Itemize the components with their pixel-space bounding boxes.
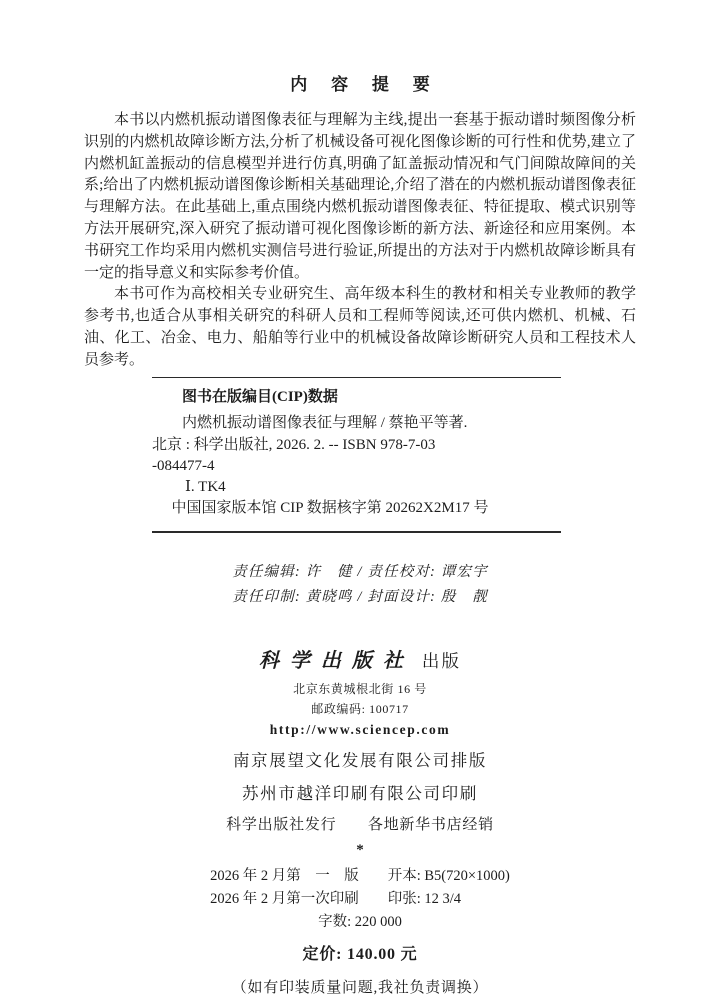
summary-paragraph-1: 本书以内燃机振动谱图像表征与理解为主线,提出一套基于振动谱时频图像分析识别的内燃… bbox=[84, 110, 636, 284]
distribution-line: 科学出版社发行 各地新华书店经销 bbox=[0, 813, 720, 834]
cip-book-title-line: 内燃机振动谱图像表征与理解 / 蔡艳平等著. bbox=[152, 413, 561, 434]
publisher-address: 北京东黄城根北街 16 号 bbox=[0, 680, 720, 697]
science-press-logo: 科学出版社 bbox=[259, 644, 414, 673]
book-copyright-page: 内容提要 本书以内燃机振动谱图像表征与理解为主线,提出一套基于振动谱时频图像分析… bbox=[0, 0, 720, 1000]
summary-paragraph-2: 本书可作为高校相关专业研究生、高年级本科生的教材和相关专业教师的教学参考书,也适… bbox=[84, 284, 636, 371]
edition-info-block: 2026 年 2 月第 一 版 开本: B5(720×1000) 2026 年 … bbox=[210, 865, 510, 910]
asterisk-separator: * bbox=[0, 842, 720, 859]
word-count-line: 字数: 220 000 bbox=[0, 910, 720, 931]
cip-record-number-line: 中国国家版本馆 CIP 数据核字第 20262X2M17 号 bbox=[152, 498, 561, 519]
impression-line: 2026 年 2 月第一次印刷 印张: 12 3/4 bbox=[210, 888, 510, 911]
edition-line: 2026 年 2 月第 一 版 开本: B5(720×1000) bbox=[210, 865, 510, 888]
content-summary-section: 内容提要 本书以内燃机振动谱图像表征与理解为主线,提出一套基于振动谱时频图像分析… bbox=[0, 70, 720, 372]
publisher-line: 科学出版社 出版 bbox=[0, 644, 720, 673]
colophon-section: 科学出版社 出版 北京东黄城根北街 16 号 邮政编码: 100717 http… bbox=[0, 644, 720, 997]
cip-publisher-isbn-line: 北京 : 科学出版社, 2026. 2. -- ISBN 978-7-03 bbox=[152, 435, 561, 456]
cip-isbn-continuation-line: -084477-4 bbox=[152, 456, 561, 477]
cip-header: 图书在版编目(CIP)数据 bbox=[152, 387, 561, 408]
cip-data-box: 图书在版编目(CIP)数据 内燃机振动谱图像表征与理解 / 蔡艳平等著. 北京 … bbox=[152, 377, 561, 533]
cip-classification-line: Ⅰ. TK4 bbox=[152, 477, 561, 498]
publisher-url: http://www.sciencep.com bbox=[0, 722, 720, 738]
quality-guarantee-note: （如有印装质量问题,我社负责调换） bbox=[0, 976, 720, 997]
price-line: 定价: 140.00 元 bbox=[0, 941, 720, 964]
typesetting-company: 南京展望文化发展有限公司排版 bbox=[0, 747, 720, 771]
summary-body: 本书以内燃机振动谱图像表征与理解为主线,提出一套基于振动谱时频图像分析识别的内燃… bbox=[84, 110, 636, 372]
credits-line-editor: 责任编辑: 许 健 / 责任校对: 谭宏宇 bbox=[0, 560, 720, 585]
summary-title: 内容提要 bbox=[0, 70, 720, 95]
editorial-credits: 责任编辑: 许 健 / 责任校对: 谭宏宇 责任印制: 黄晓鸣 / 封面设计: … bbox=[0, 560, 720, 610]
credits-line-print-design: 责任印制: 黄晓鸣 / 封面设计: 殷 靓 bbox=[0, 585, 720, 610]
publisher-suffix: 出版 bbox=[422, 648, 461, 673]
printing-company: 苏州市越洋印刷有限公司印刷 bbox=[0, 780, 720, 804]
publisher-postcode: 邮政编码: 100717 bbox=[0, 700, 720, 717]
